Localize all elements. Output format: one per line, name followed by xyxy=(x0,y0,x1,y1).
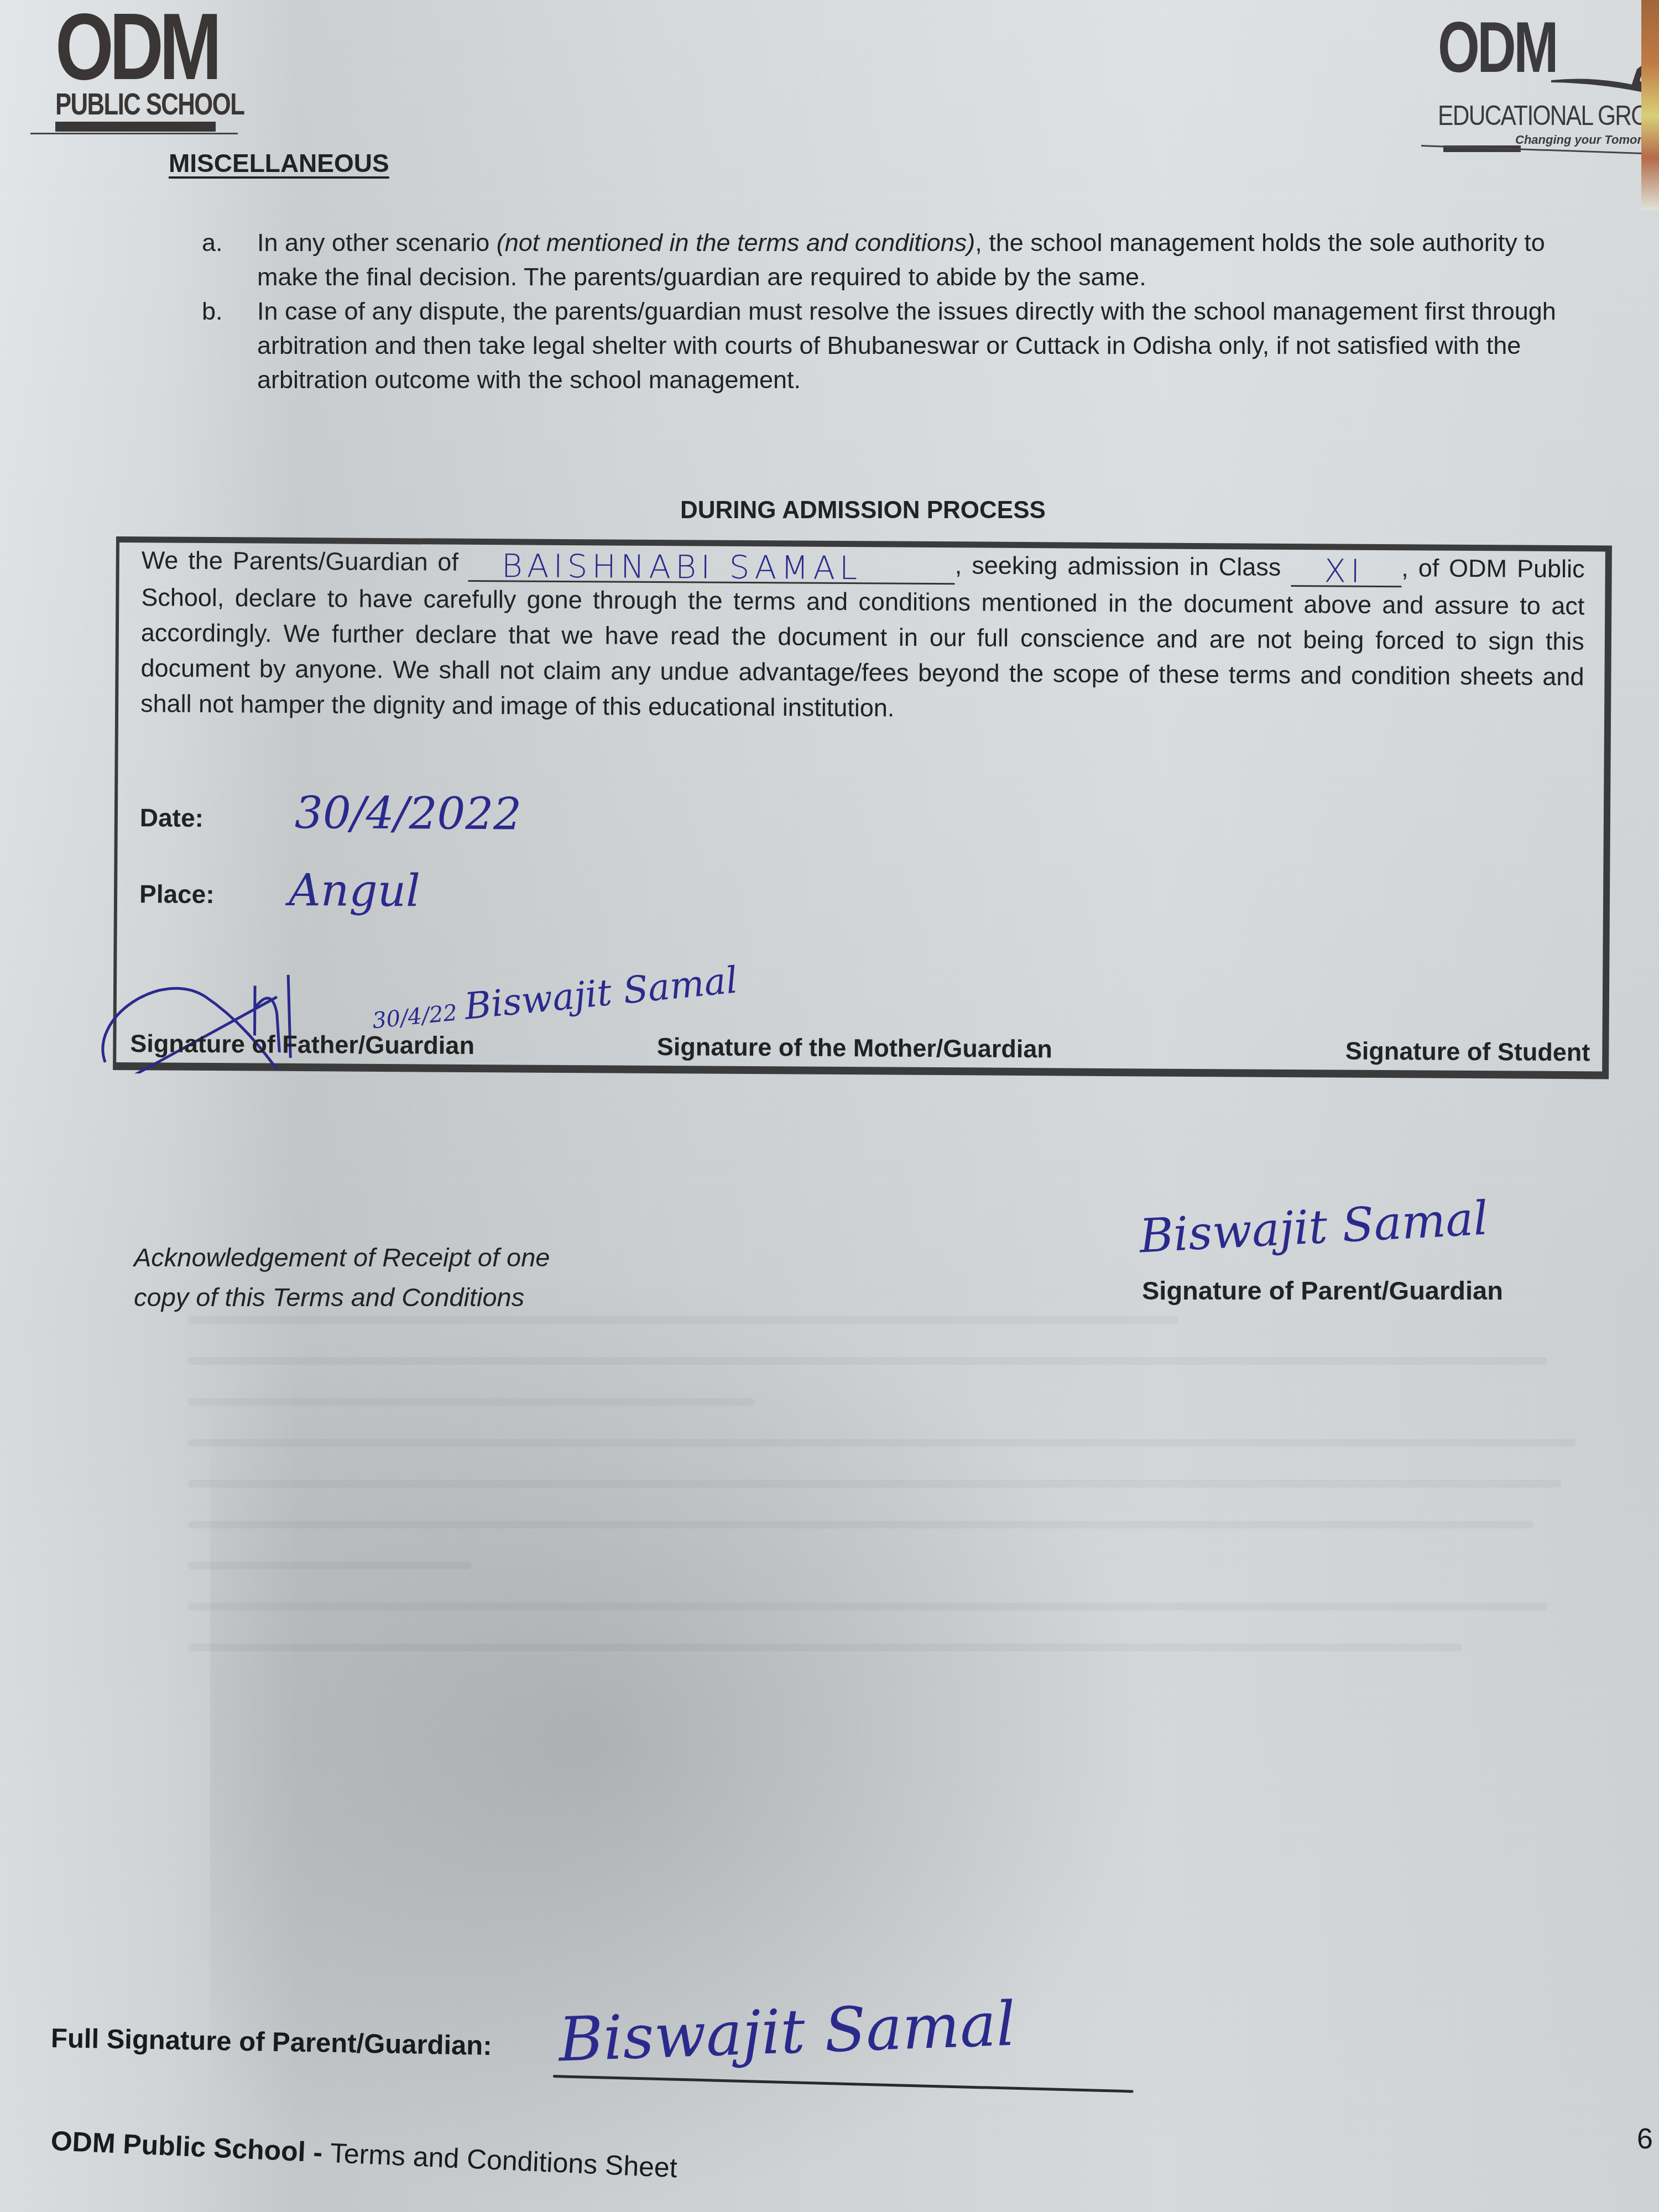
group-logo: ODM EDUCATIONAL GRO Changing your Tomorr… xyxy=(1438,14,1659,147)
miscellaneous-heading: MISCELLANEOUS xyxy=(169,148,389,178)
student-signature-label: Signature of Student xyxy=(1345,1037,1590,1067)
admission-heading: DURING ADMISSION PROCESS xyxy=(680,497,1046,524)
header-rule-left xyxy=(30,133,238,134)
group-logo-name: EDUCATIONAL GRO xyxy=(1438,100,1626,132)
student-name-field[interactable]: BAISHNABI SAMAL xyxy=(468,545,955,585)
miscellaneous-list: a. In any other scenario (not mentioned … xyxy=(202,226,1573,397)
acknowledgement-signature-label: Signature of Parent/Guardian xyxy=(1142,1275,1503,1306)
list-item: a. In any other scenario (not mentioned … xyxy=(202,226,1573,294)
class-field[interactable]: XI xyxy=(1291,550,1401,587)
declaration-text: We the Parents/Guardian of BAISHNABI SAM… xyxy=(140,542,1585,730)
acknowledgement-text: Acknowledgement of Receipt of one copy o… xyxy=(134,1238,550,1317)
list-item-text: In case of any dispute, the parents/guar… xyxy=(257,294,1573,397)
list-item-text: In any other scenario (not mentioned in … xyxy=(257,226,1573,294)
group-logo-tagline: Changing your Tomorrow xyxy=(1515,133,1659,147)
list-marker: a. xyxy=(202,226,257,294)
declaration-box: We the Parents/Guardian of BAISHNABI SAM… xyxy=(113,536,1612,1079)
school-logo: ODM PUBLIC SCHOOL xyxy=(55,6,216,132)
class-handwriting: XI xyxy=(1324,553,1364,588)
background-object-edge xyxy=(1641,0,1659,210)
school-logo-name: PUBLIC SCHOOL xyxy=(55,88,180,119)
place-field[interactable]: Angul xyxy=(289,864,420,916)
reverse-side-show-through xyxy=(188,1316,1604,1684)
full-signature-label: Full Signature of Parent/Guardian: xyxy=(51,2023,493,2062)
page-number: 6 xyxy=(1637,2122,1653,2156)
full-signature[interactable]: Biswajit Samal xyxy=(557,1989,1017,2075)
paper-shadow xyxy=(210,1272,1150,2212)
place-label: Place: xyxy=(139,879,215,909)
page-footer: ODM Public School - Terms and Conditions… xyxy=(50,2125,678,2184)
full-signature-line xyxy=(553,2075,1134,2093)
father-signature-label: Signature of Father/Guardian xyxy=(130,1029,474,1060)
school-logo-bar xyxy=(55,122,216,132)
student-name-handwriting: BAISHNABI SAMAL xyxy=(502,548,862,586)
mother-signature-label: Signature of the Mother/Guardian xyxy=(657,1032,1052,1063)
list-marker: b. xyxy=(202,294,257,397)
list-item: b. In case of any dispute, the parents/g… xyxy=(202,294,1573,397)
document-page: ODM PUBLIC SCHOOL ODM EDUCATIONAL GRO Ch… xyxy=(0,0,1659,2212)
date-field[interactable]: 30/4/2022 xyxy=(295,787,522,840)
school-logo-mark: ODM xyxy=(55,6,184,88)
acknowledgement-signature[interactable]: Biswajit Samal xyxy=(1138,1191,1490,1264)
date-label: Date: xyxy=(140,802,204,833)
